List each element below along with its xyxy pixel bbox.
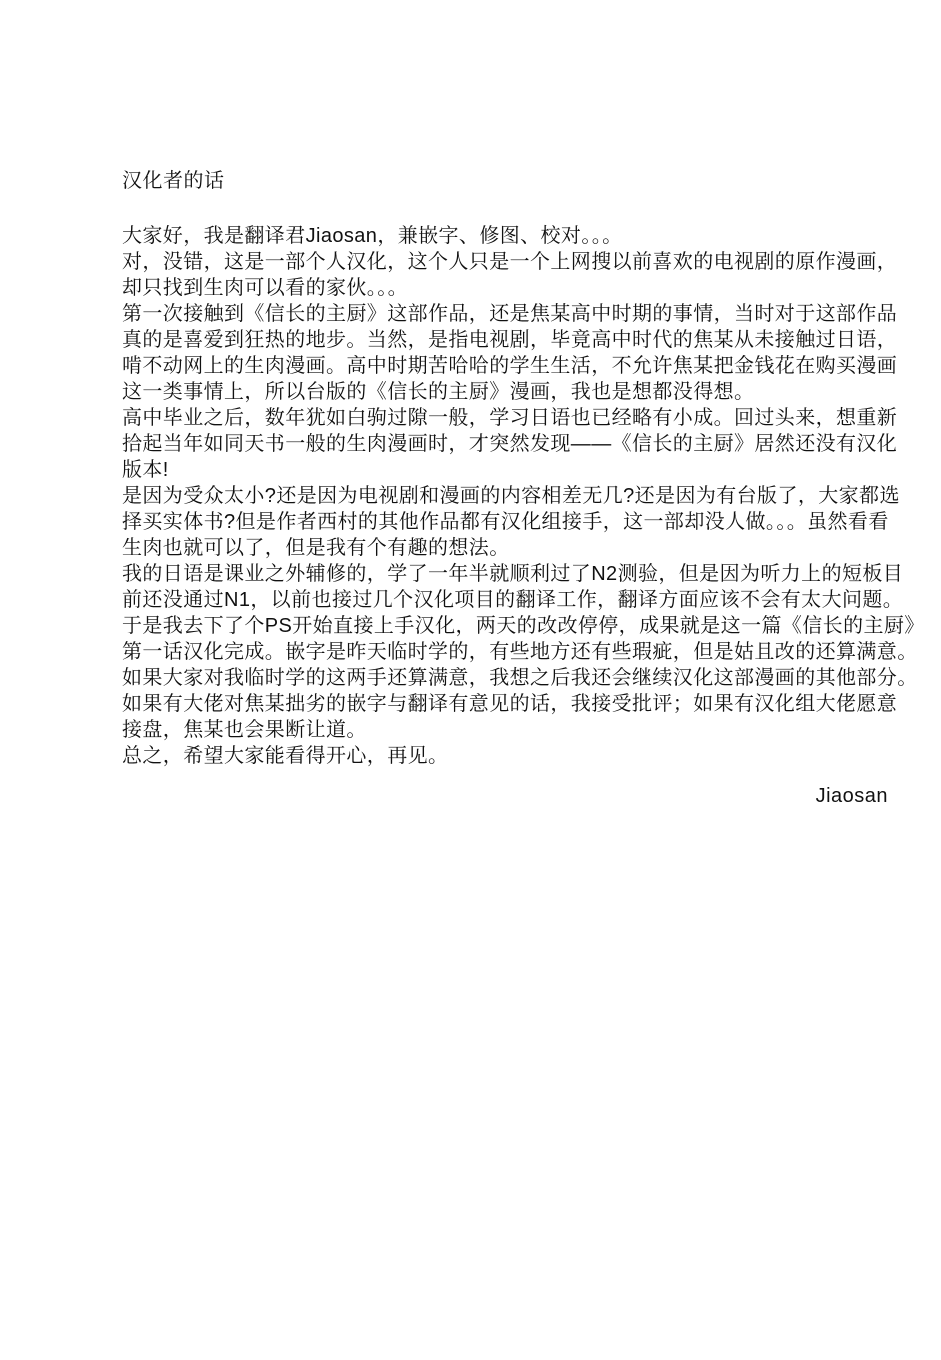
text-line: 如果有大佬对焦某拙劣的嵌字与翻译有意见的话，我接受批评；如果有汉化组大佬愿意 bbox=[122, 691, 914, 717]
text-line: 前还没通过N1，以前也接过几个汉化项目的翻译工作，翻译方面应该不会有太大问题。 bbox=[122, 587, 914, 613]
text-line: 于是我去下了个PS开始直接上手汉化，两天的改改停停，成果就是这一篇《信长的主厨》 bbox=[122, 613, 914, 639]
text-line: 接盘，焦某也会果断让道。 bbox=[122, 717, 914, 743]
text-line: 真的是喜爱到狂热的地步。当然，是指电视剧，毕竟高中时代的焦某从未接触过日语， bbox=[122, 327, 914, 353]
text-line: 第一次接触到《信长的主厨》这部作品，还是焦某高中时期的事情，当时对于这部作品 bbox=[122, 301, 914, 327]
text-line: 总之，希望大家能看得开心，再见。 bbox=[122, 743, 914, 769]
text-line: 高中毕业之后，数年犹如白驹过隙一般，学习日语也已经略有小成。回过头来，想重新 bbox=[122, 405, 914, 431]
document-page: 汉化者的话 大家好，我是翻译君Jiaosan，兼嵌字、修图、校对。。。对，没错，… bbox=[0, 0, 941, 1360]
note-title: 汉化者的话 bbox=[122, 168, 914, 194]
text-line: 版本! bbox=[122, 457, 914, 483]
text-line: 啃不动网上的生肉漫画。高中时期苦哈哈的学生生活，不允许焦某把金钱花在购买漫画 bbox=[122, 353, 914, 379]
text-line: 择买实体书?但是作者西村的其他作品都有汉化组接手，这一部却没人做。。。虽然看看 bbox=[122, 509, 914, 535]
signature: Jiaosan bbox=[122, 783, 914, 809]
text-line: 大家好，我是翻译君Jiaosan，兼嵌字、修图、校对。。。 bbox=[122, 223, 914, 249]
text-line: 是因为受众太小?还是因为电视剧和漫画的内容相差无几?还是因为有台版了，大家都选 bbox=[122, 483, 914, 509]
note-body: 大家好，我是翻译君Jiaosan，兼嵌字、修图、校对。。。对，没错，这是一部个人… bbox=[122, 223, 914, 769]
text-line: 这一类事情上，所以台版的《信长的主厨》漫画，我也是想都没得想。 bbox=[122, 379, 914, 405]
text-line: 第一话汉化完成。嵌字是昨天临时学的，有些地方还有些瑕疵，但是姑且改的还算满意。 bbox=[122, 639, 914, 665]
text-line: 却只找到生肉可以看的家伙。。。 bbox=[122, 275, 914, 301]
text-line: 我的日语是课业之外辅修的，学了一年半就顺利过了N2测验，但是因为听力上的短板目 bbox=[122, 561, 914, 587]
text-line: 拾起当年如同天书一般的生肉漫画时，才突然发现——《信长的主厨》居然还没有汉化 bbox=[122, 431, 914, 457]
text-line: 对，没错，这是一部个人汉化，这个人只是一个上网搜以前喜欢的电视剧的原作漫画， bbox=[122, 249, 914, 275]
text-line: 如果大家对我临时学的这两手还算满意，我想之后我还会继续汉化这部漫画的其他部分。 bbox=[122, 665, 914, 691]
text-line: 生肉也就可以了，但是我有个有趣的想法。 bbox=[122, 535, 914, 561]
translator-note: 汉化者的话 大家好，我是翻译君Jiaosan，兼嵌字、修图、校对。。。对，没错，… bbox=[122, 168, 914, 809]
